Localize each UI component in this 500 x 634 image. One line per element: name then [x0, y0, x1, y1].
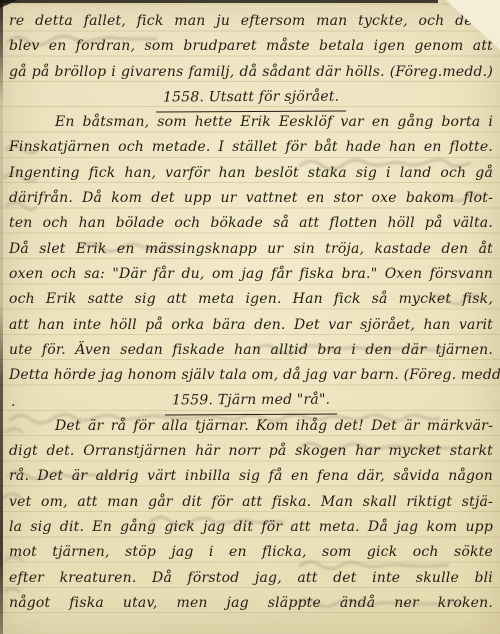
manuscript-line: något fiska utav, men jag släppte ändå n… — [9, 591, 493, 616]
manuscript-line: rå. Det är aldrig värt inbilla sig få en… — [9, 464, 493, 489]
manuscript-line: gå på bröllop i givarens familj, då såda… — [9, 60, 493, 85]
manuscript-line: Det är rå för alla tjärnar. Kom ihåg det… — [9, 414, 493, 439]
manuscript-line: la sig dit. En gång gick jag dit för att… — [9, 515, 493, 540]
manuscript-line: efter kreaturen. Då förstod jag, att det… — [9, 566, 493, 591]
page-corner-dark — [0, 0, 18, 8]
manuscript-line: blev en fordran, som brudparet måste bet… — [9, 34, 493, 59]
page-edge-shadow-left — [0, 0, 3, 634]
manuscript-page: re detta fallet, fick man ju eftersom ma… — [0, 0, 500, 634]
manuscript-line: därifrån. Då kom det upp ur vattnet en s… — [9, 186, 493, 211]
manuscript-line: mot tjärnen, stöp jag i en flicka, som g… — [9, 540, 493, 565]
manuscript-line: ten och han bölade och bökade så att flo… — [9, 211, 493, 236]
manuscript-line: Finskatjärnen och metade. I stället för … — [9, 135, 493, 160]
manuscript-line: Ingenting fick han, varför han beslöt st… — [9, 161, 493, 186]
margin-mark: . — [11, 390, 16, 415]
manuscript-line: att han inte höll på orka bära den. Det … — [9, 313, 493, 338]
manuscript-line: oxen och sa: "Där får du, om jag får fis… — [9, 262, 493, 287]
manuscript-line: re detta fallet, fick man ju eftersom ma… — [9, 9, 493, 34]
section-heading-text: 1559. Tjärn med "rå". — [165, 388, 337, 416]
manuscript-line: vet om, att man går dit för att fiska. M… — [9, 490, 493, 515]
manuscript-line: En båtsman, som hette Erik Eesklöf var e… — [9, 110, 493, 135]
manuscript-line: digt det. Orranstjärnen här norr på skog… — [9, 439, 493, 464]
manuscript-line: och Erik satte sig att meta igen. Han fi… — [9, 287, 493, 312]
section-heading-text: 1558. Utsatt för sjörået. — [156, 84, 346, 112]
section-heading-1558: 1558. Utsatt för sjörået. — [9, 85, 493, 110]
page-edge-shadow-top — [0, 0, 438, 3]
manuscript-text: re detta fallet, fick man ju eftersom ma… — [9, 9, 493, 616]
manuscript-line: Då slet Erik en mässingsknapp ur sin trö… — [9, 237, 493, 262]
section-heading-1559: . 1559. Tjärn med "rå". — [9, 388, 493, 413]
manuscript-line: ute för. Även sedan fiskade han alltid b… — [9, 338, 493, 363]
manuscript-line: Detta hörde jag honom själv tala om, då … — [9, 363, 493, 388]
